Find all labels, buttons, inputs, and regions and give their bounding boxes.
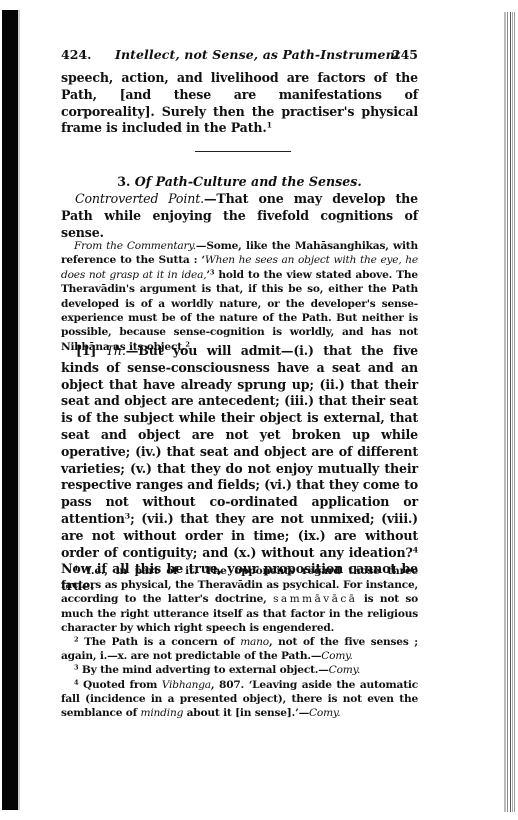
footnote-source: Comy. bbox=[309, 707, 340, 719]
footnote-text: By the mind adverting to external object… bbox=[82, 664, 329, 676]
paragraph-text: speech, action, and livelihood are facto… bbox=[61, 70, 418, 135]
scan-binding-edge bbox=[18, 10, 20, 810]
page-stack-edge bbox=[510, 12, 511, 812]
footnote-text: Quoted from bbox=[83, 679, 162, 691]
commentary-text-b: hold to the view stated above. The Thera… bbox=[61, 269, 418, 353]
emphasized-term: minding bbox=[141, 707, 184, 719]
argument-number: [1] bbox=[76, 343, 96, 358]
continuation-paragraph: speech, action, and livelihood are facto… bbox=[61, 70, 418, 137]
running-head-title: Intellect, not Sense, as Path-Instrument bbox=[115, 47, 401, 63]
book-title: Vibhanga bbox=[162, 679, 211, 691]
footnote-ref: 4 bbox=[413, 545, 418, 554]
speaker-label: Th. bbox=[106, 343, 126, 358]
footnote-4: 4 Quoted from Vibhanga, 807. ‘Leaving as… bbox=[61, 678, 418, 721]
section-title: Of Path-Culture and the Senses. bbox=[135, 174, 362, 189]
page-stack-edge bbox=[512, 12, 513, 812]
pali-term: mano bbox=[240, 636, 269, 648]
argument-text-1: —But you will admit—(i.) that the five k… bbox=[61, 343, 418, 526]
pali-term: sammāvācā bbox=[273, 593, 357, 605]
controverted-point: Controverted Point.—That one may develop… bbox=[61, 191, 418, 241]
page-stack-edge bbox=[504, 12, 506, 812]
running-head-section-number: 424. bbox=[61, 47, 91, 63]
footnote-1: 1 I.e., in part of it. The opponents reg… bbox=[61, 564, 418, 635]
running-head: 424. Intellect, not Sense, as Path-Instr… bbox=[61, 47, 418, 63]
section-divider-rule bbox=[195, 151, 291, 152]
footnote-marker: 3 bbox=[74, 664, 78, 672]
footnotes: 1 I.e., in part of it. The opponents reg… bbox=[61, 564, 418, 720]
footnote-text: about it [in sense].’— bbox=[183, 707, 309, 719]
footnote-marker: 2 bbox=[74, 635, 78, 643]
controverted-point-label: Controverted Point. bbox=[75, 191, 204, 206]
section-number: 3. bbox=[117, 174, 130, 189]
footnote-3: 3 By the mind adverting to external obje… bbox=[61, 663, 418, 677]
page-stack-edge bbox=[514, 12, 515, 812]
argument-paragraph: [1] Th.—But you will admit—(i.) that the… bbox=[61, 343, 418, 595]
section-heading: 3. Of Path-Culture and the Senses. bbox=[61, 174, 418, 190]
footnote-text: The Path is a concern of bbox=[84, 636, 240, 648]
footnote-marker: 1 bbox=[74, 564, 78, 572]
scan-binding-shadow bbox=[2, 10, 18, 810]
footnote-2: 2 The Path is a concern of mano, not of … bbox=[61, 635, 418, 663]
commentary-label: From the Commentary. bbox=[74, 240, 196, 252]
footnote-source: Comy. bbox=[321, 650, 352, 662]
footnote-marker: 4 bbox=[74, 678, 78, 686]
commentary-paragraph: From the Commentary.—Some, like the Mahā… bbox=[61, 239, 418, 354]
footnote-ref: 1 bbox=[267, 121, 272, 130]
page-stack-edge bbox=[507, 12, 508, 812]
page-number: 245 bbox=[392, 47, 418, 63]
footnote-source: Comy. bbox=[329, 664, 360, 676]
